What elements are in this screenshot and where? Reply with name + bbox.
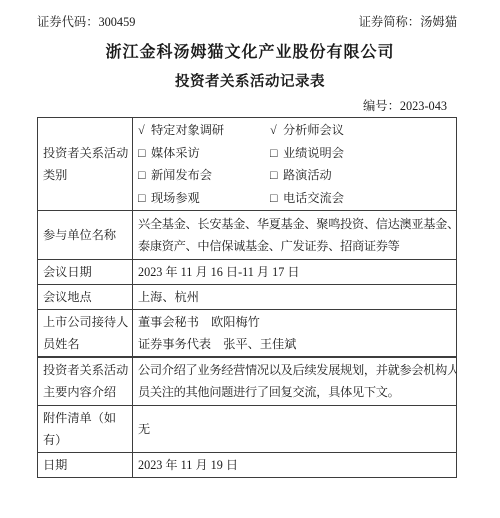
meeting-place-value: 上海、杭州	[138, 286, 453, 308]
option-label: 电话交流会	[283, 191, 344, 205]
record-date-row: 日期 2023 年 11 月 19 日	[38, 452, 457, 477]
stock-code-text: 证券代码：300459	[37, 15, 135, 29]
row-label-activity-type: 投资者关系活动 类别	[38, 118, 133, 211]
row-label-text: 上市公司接待人 员姓名	[43, 311, 129, 355]
option-label: 业绩说明会	[283, 146, 344, 160]
row-label-text: 投资者关系活动 类别	[43, 142, 129, 186]
participants-cell: 兴全基金、长安基金、华夏基金、聚鸣投资、信达澳亚基金、 泰康资产、中信保诚基金、…	[133, 211, 457, 260]
row-label-record-date: 日期	[38, 452, 133, 477]
checked-icon: √	[138, 119, 151, 142]
checkbox-icon: □	[270, 142, 283, 165]
checkbox-icon: □	[270, 164, 283, 187]
checkbox-option: □新闻发布会	[138, 164, 270, 187]
attachments-value: 无	[138, 418, 453, 440]
receptionists-row: 上市公司接待人 员姓名 董事会秘书 欧阳梅竹 证券事务代表 张平、王佳斌	[38, 310, 457, 358]
option-label: 媒体采访	[151, 146, 200, 160]
option-label: 路演活动	[283, 168, 332, 182]
meeting-date-cell: 2023 年 11 月 16 日-11 月 17 日	[133, 260, 457, 285]
meeting-date-row: 会议日期 2023 年 11 月 16 日-11 月 17 日	[38, 260, 457, 285]
row-label-text: 日期	[43, 454, 129, 476]
checkbox-option: □路演活动	[270, 164, 344, 187]
checkbox-option: √分析师会议	[270, 119, 344, 142]
row-label-text: 参与单位名称	[43, 224, 129, 246]
participants-row: 参与单位名称 兴全基金、长安基金、华夏基金、聚鸣投资、信达澳亚基金、 泰康资产、…	[38, 211, 457, 260]
stock-name-text: 证券简称：汤姆猫	[359, 15, 457, 29]
row-label-meeting-place: 会议地点	[38, 285, 133, 310]
option-label: 现场参观	[151, 191, 200, 205]
checked-icon: √	[270, 119, 283, 142]
attachments-row: 附件清单（如 有） 无	[38, 405, 457, 452]
document-title: 投资者关系活动记录表	[30, 73, 470, 92]
attachments-cell: 无	[133, 405, 457, 452]
main-content-cell: 公司介绍了业务经营情况以及后续发展规划，并就参会机构人 员关注的其他问题进行了回…	[133, 357, 457, 405]
row-label-meeting-date: 会议日期	[38, 260, 133, 285]
checkbox-option: □业绩说明会	[270, 142, 344, 165]
meeting-place-cell: 上海、杭州	[133, 285, 457, 310]
activity-type-row: 投资者关系活动 类别 √特定对象调研 □媒体采访 □新闻发布会 □现场参观 √分…	[38, 118, 457, 211]
option-label: 特定对象调研	[151, 123, 224, 137]
record-table: 投资者关系活动 类别 √特定对象调研 □媒体采访 □新闻发布会 □现场参观 √分…	[37, 117, 457, 478]
checkbox-column-left: √特定对象调研 □媒体采访 □新闻发布会 □现场参观	[138, 119, 270, 209]
securities-header: 证券代码：300459 证券简称：汤姆猫	[37, 15, 457, 29]
checkbox-options: √特定对象调研 □媒体采访 □新闻发布会 □现场参观 √分析师会议 □业绩说明会…	[138, 119, 453, 209]
row-label-text: 投资者关系活动 主要内容介绍	[43, 359, 129, 403]
checkbox-icon: □	[138, 164, 151, 187]
checkbox-option: □现场参观	[138, 187, 270, 210]
checkbox-icon: □	[270, 187, 283, 210]
row-label-text: 会议地点	[43, 286, 129, 308]
option-label: 新闻发布会	[151, 168, 212, 182]
checkbox-option: □电话交流会	[270, 187, 344, 210]
row-label-receptionists: 上市公司接待人 员姓名	[38, 310, 133, 358]
row-label-participants: 参与单位名称	[38, 211, 133, 260]
company-title: 浙江金科汤姆猫文化产业股份有限公司	[30, 43, 470, 63]
row-label-main-content: 投资者关系活动 主要内容介绍	[38, 357, 133, 405]
checkbox-icon: □	[138, 142, 151, 165]
row-label-text: 附件清单（如 有）	[43, 407, 129, 451]
main-content-row: 投资者关系活动 主要内容介绍 公司介绍了业务经营情况以及后续发展规划，并就参会机…	[38, 357, 457, 405]
meeting-place-row: 会议地点 上海、杭州	[38, 285, 457, 310]
record-date-cell: 2023 年 11 月 19 日	[133, 452, 457, 477]
participants-value: 兴全基金、长安基金、华夏基金、聚鸣投资、信达澳亚基金、 泰康资产、中信保诚基金、…	[138, 213, 453, 257]
document-page: 证券代码：300459 证券简称：汤姆猫 浙江金科汤姆猫文化产业股份有限公司 投…	[0, 0, 500, 518]
row-label-text: 会议日期	[43, 261, 129, 283]
receptionists-cell: 董事会秘书 欧阳梅竹 证券事务代表 张平、王佳斌	[133, 310, 457, 358]
receptionists-value: 董事会秘书 欧阳梅竹 证券事务代表 张平、王佳斌	[138, 311, 453, 355]
record-date-value: 2023 年 11 月 19 日	[138, 454, 453, 476]
checkbox-icon: □	[138, 187, 151, 210]
checkbox-option: □媒体采访	[138, 142, 270, 165]
checkbox-column-right: √分析师会议 □业绩说明会 □路演活动 □电话交流会	[270, 119, 344, 209]
meeting-date-value: 2023 年 11 月 16 日-11 月 17 日	[138, 261, 453, 283]
main-content-value: 公司介绍了业务经营情况以及后续发展规划，并就参会机构人 员关注的其他问题进行了回…	[138, 359, 453, 403]
activity-type-cell: √特定对象调研 □媒体采访 □新闻发布会 □现场参观 √分析师会议 □业绩说明会…	[133, 118, 457, 211]
document-number: 编号：2023-043	[37, 99, 457, 114]
row-label-attachments: 附件清单（如 有）	[38, 405, 133, 452]
option-label: 分析师会议	[283, 123, 344, 137]
checkbox-option: √特定对象调研	[138, 119, 270, 142]
